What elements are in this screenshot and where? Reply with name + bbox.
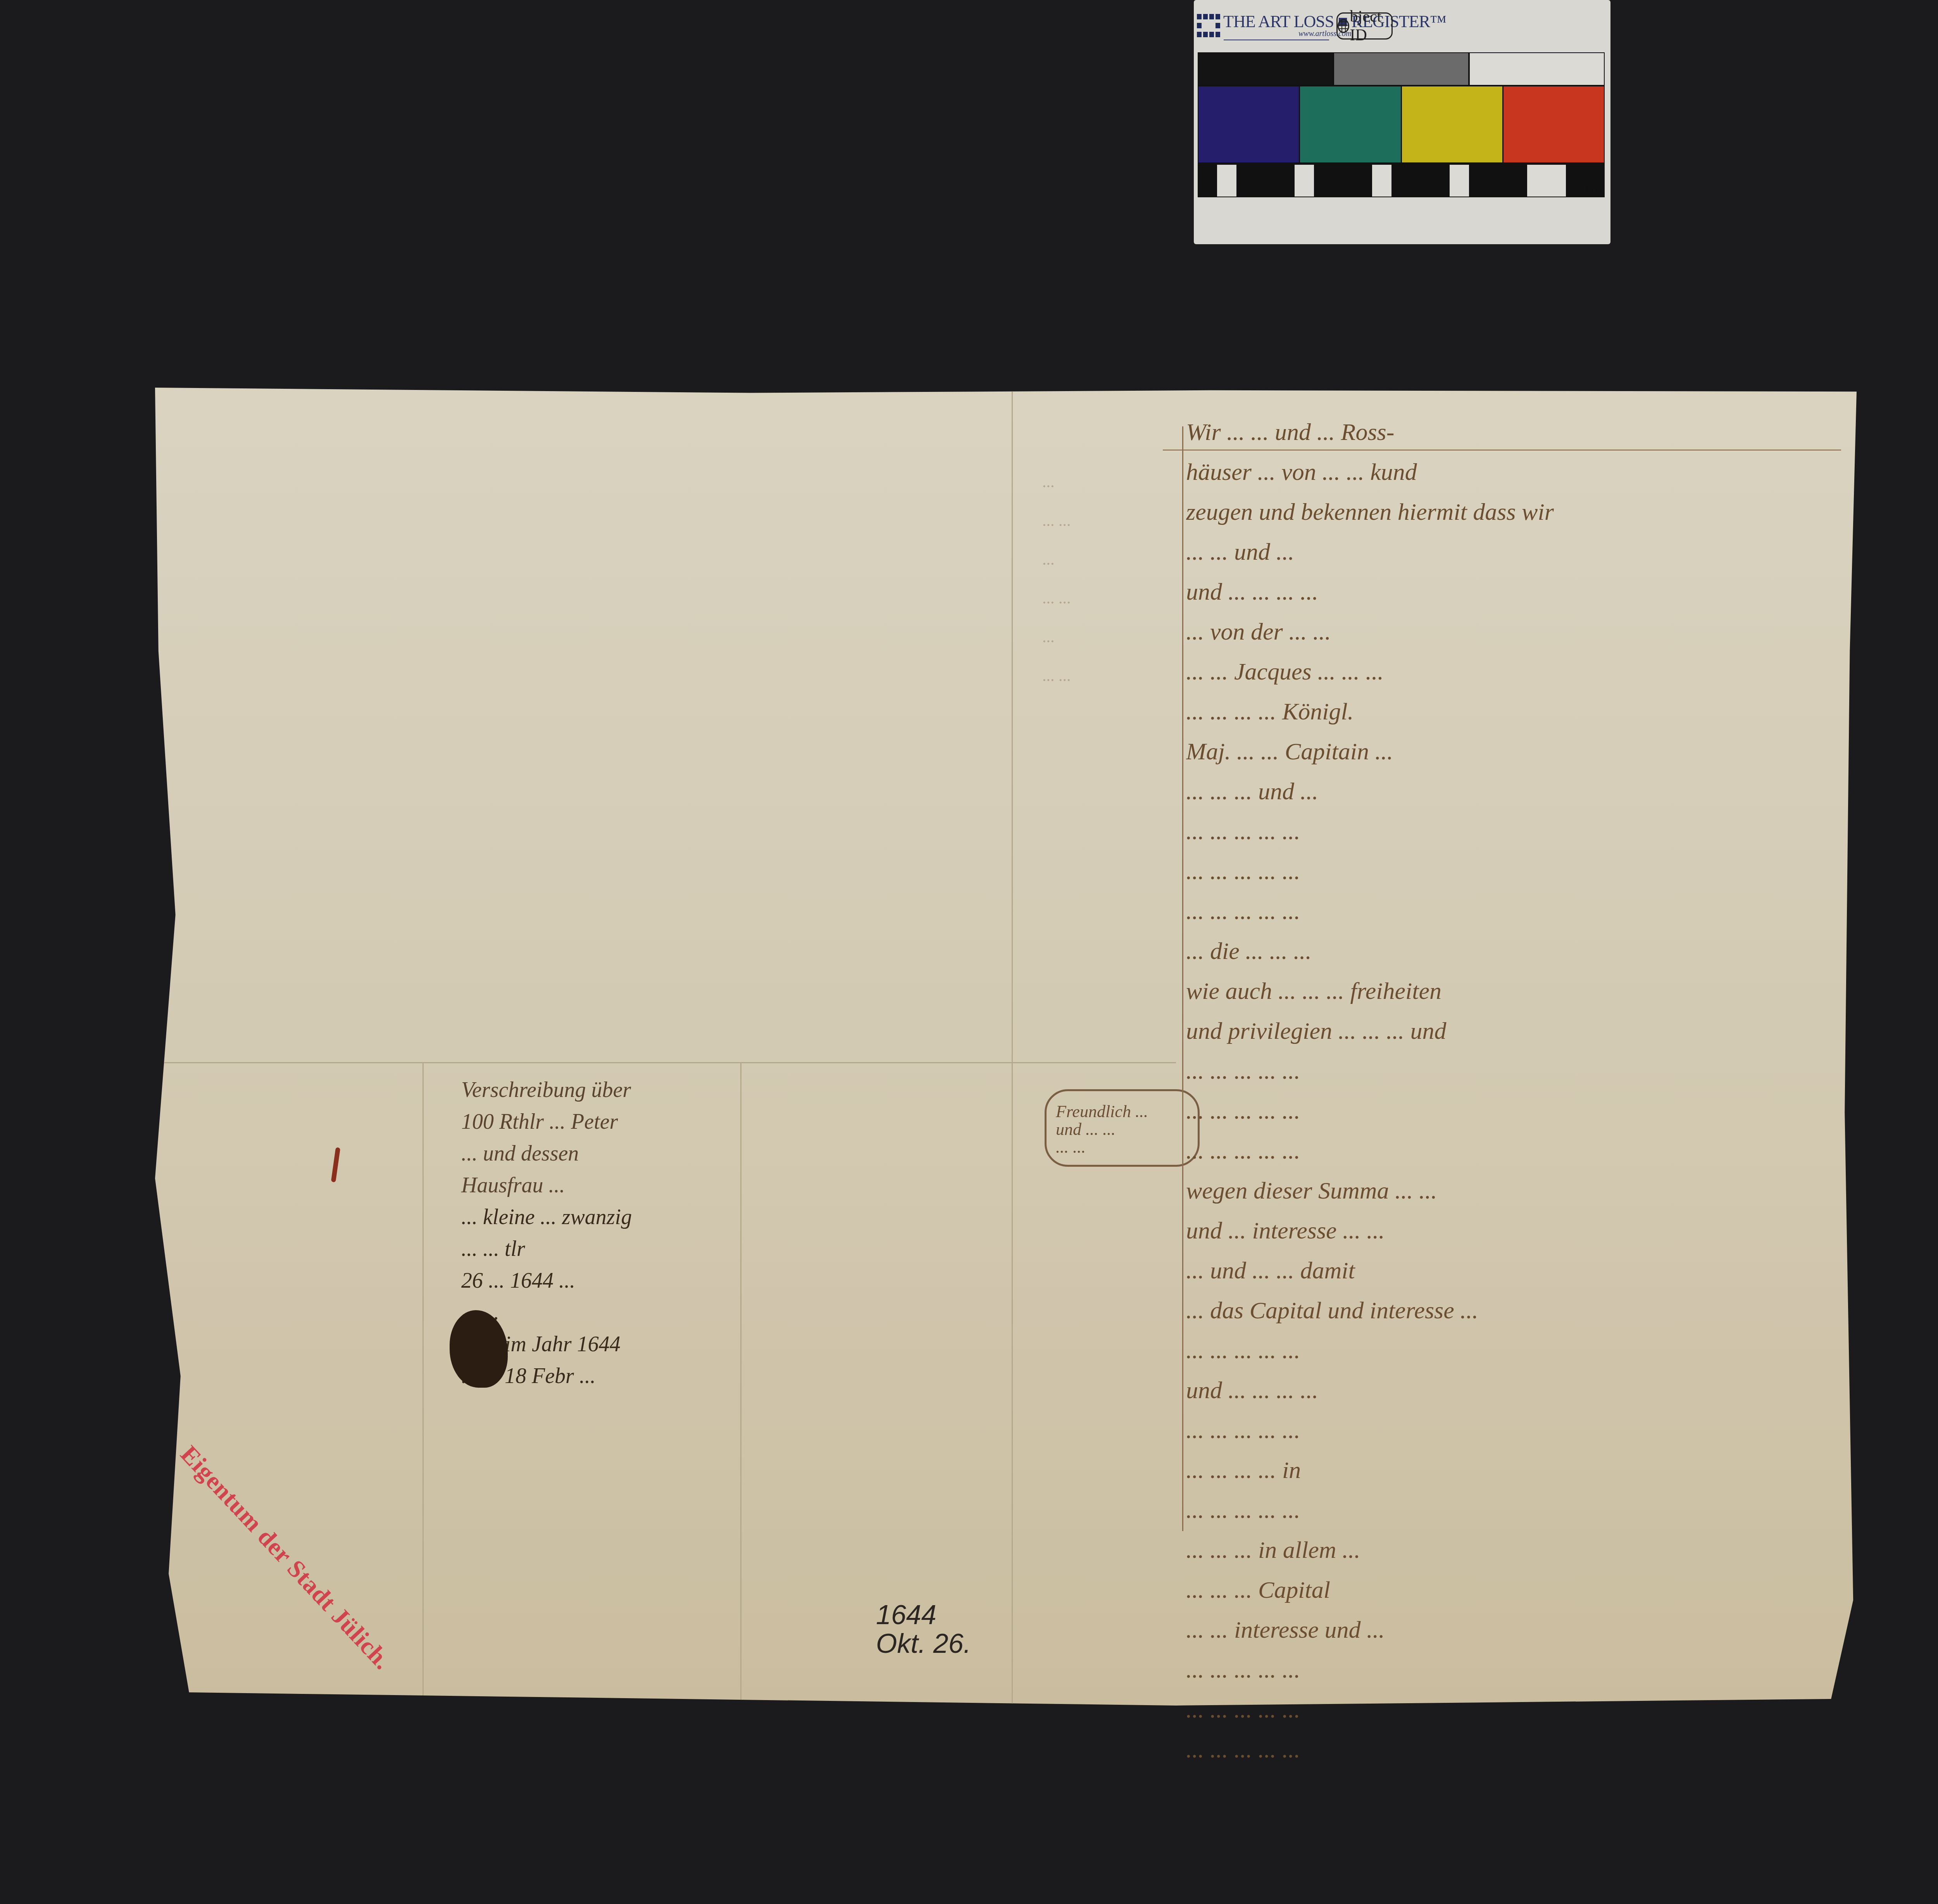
- text-line: ... ... Jacques ... ... ...: [1186, 658, 1841, 698]
- archive-date: Okt. 26.: [876, 1630, 971, 1658]
- black-patch: [1198, 52, 1333, 86]
- archive-date-note: 1644 Okt. 26.: [876, 1601, 971, 1658]
- endorsement-line: Verschreibung über: [461, 1078, 740, 1102]
- card-divider: [1224, 40, 1329, 40]
- vertical-fold: [740, 1062, 741, 1706]
- scale-tick: [1450, 165, 1469, 197]
- endorsement-line: ... ... tlr: [461, 1237, 740, 1261]
- red-patch: [1504, 86, 1604, 162]
- margin-note-line: ... ...: [1056, 1138, 1188, 1156]
- text-line: ... das Capital und interesse ...: [1186, 1297, 1841, 1337]
- endorsement-note: Verschreibung über 100 Rthlr ... Peter .…: [461, 1078, 740, 1504]
- object-id-label: bject ID: [1350, 7, 1391, 45]
- text-line: ... die ... ... ...: [1186, 938, 1841, 978]
- text-line: ... ... ... ... ...: [1186, 1137, 1841, 1177]
- endorsement-line: ... und dessen: [461, 1141, 740, 1166]
- endorsement-line: ... ...: [461, 1300, 740, 1325]
- left-margin-rule: [1182, 426, 1183, 1531]
- text-line: ... ... ... ... ...: [1186, 1097, 1841, 1137]
- margin-note-line: und ... ...: [1056, 1121, 1188, 1138]
- text-line: ... ... ... ... Königl.: [1186, 698, 1841, 738]
- gray-patches: [1198, 52, 1605, 86]
- text-line: ... ... ... ... ...: [1186, 1736, 1841, 1776]
- text-line: ... ... ... in allem ...: [1186, 1537, 1841, 1576]
- text-line: ... ... ... ... ...: [1186, 1497, 1841, 1537]
- archive-year: 1644: [876, 1601, 971, 1630]
- text-line: wie auch ... ... ... freiheiten: [1186, 978, 1841, 1018]
- text-line: ... ... ... ... ...: [1186, 898, 1841, 938]
- text-line: ... ... ... Capital: [1186, 1576, 1841, 1616]
- bleed-through-text: ...... ......... ......... ...: [1043, 473, 1167, 705]
- text-line: ... ... ... ... in: [1186, 1457, 1841, 1497]
- text-line: ... ... und ...: [1186, 538, 1841, 578]
- text-line: und ... ... ... ...: [1186, 1377, 1841, 1417]
- endorsement-line: Hausfrau ...: [461, 1173, 740, 1198]
- text-line: Wir ... ... und ... Ross-: [1186, 419, 1841, 459]
- margin-note: Freundlich ... und ... ... ... ...: [1045, 1089, 1200, 1167]
- art-loss-register-logo-icon: [1197, 14, 1219, 41]
- endorsement-line: 100 Rthlr ... Peter: [461, 1109, 740, 1134]
- text-line: und ... interesse ... ...: [1186, 1217, 1841, 1257]
- main-deed-text: Wir ... ... und ... Ross- häuser ... von…: [1186, 419, 1841, 1776]
- text-line: ... ... ... ... ...: [1186, 1057, 1841, 1097]
- text-line: und privilegien ... ... ... und: [1186, 1018, 1841, 1057]
- text-line: häuser ... von ... ... kund: [1186, 459, 1841, 498]
- card-brand: THE ART LOSS ■ REGISTER™: [1223, 12, 1446, 31]
- text-line: ... und ... ... damit: [1186, 1257, 1841, 1297]
- text-line: ... ... ... ... ...: [1186, 818, 1841, 858]
- horizontal-fold: [155, 1062, 1176, 1063]
- text-line: zeugen und bekennen hiermit dass wir: [1186, 498, 1841, 538]
- text-line: ... ... ... ... ...: [1186, 1656, 1841, 1696]
- scale-tick: [1295, 165, 1314, 197]
- text-line: ... ... interesse und ...: [1186, 1616, 1841, 1656]
- gray-patch: [1333, 52, 1469, 86]
- text-line: ... ... ... und ...: [1186, 778, 1841, 818]
- scale-tick: [1372, 165, 1391, 197]
- text-line: ... von der ... ...: [1186, 618, 1841, 658]
- text-line: ... ... ... ... ...: [1186, 1696, 1841, 1736]
- green-patch: [1300, 86, 1400, 162]
- text-line: ... ... ... ... ...: [1186, 858, 1841, 898]
- endorsement-line: ... kleine ... zwanzig: [461, 1205, 740, 1230]
- scale-unit: cm: [1585, 183, 1601, 196]
- white-patch: [1469, 52, 1605, 86]
- globe-icon: [1338, 19, 1349, 33]
- scale-tick: [1217, 165, 1236, 197]
- margin-note-line: Freundlich ...: [1056, 1103, 1188, 1121]
- text-line: wegen dieser Summa ... ...: [1186, 1177, 1841, 1217]
- text-line: ... ... ... ... ...: [1186, 1337, 1841, 1377]
- scale-tick: [1527, 165, 1566, 197]
- yellow-patch: [1402, 86, 1502, 162]
- vertical-fold: [1012, 388, 1013, 1706]
- color-patches: [1198, 86, 1605, 163]
- cm-scale: cm: [1198, 163, 1605, 197]
- object-id-badge: bject ID: [1336, 12, 1393, 40]
- color-calibration-card: THE ART LOSS ■ REGISTER™ www.artloss.com…: [1194, 0, 1610, 244]
- text-line: Maj. ... ... Capitain ...: [1186, 738, 1841, 778]
- blue-patch: [1198, 86, 1299, 162]
- vertical-fold: [422, 1062, 424, 1706]
- endorsement-line: 26 ... 1644 ...: [461, 1268, 740, 1293]
- text-line: ... ... ... ... ...: [1186, 1417, 1841, 1457]
- text-line: und ... ... ... ...: [1186, 578, 1841, 618]
